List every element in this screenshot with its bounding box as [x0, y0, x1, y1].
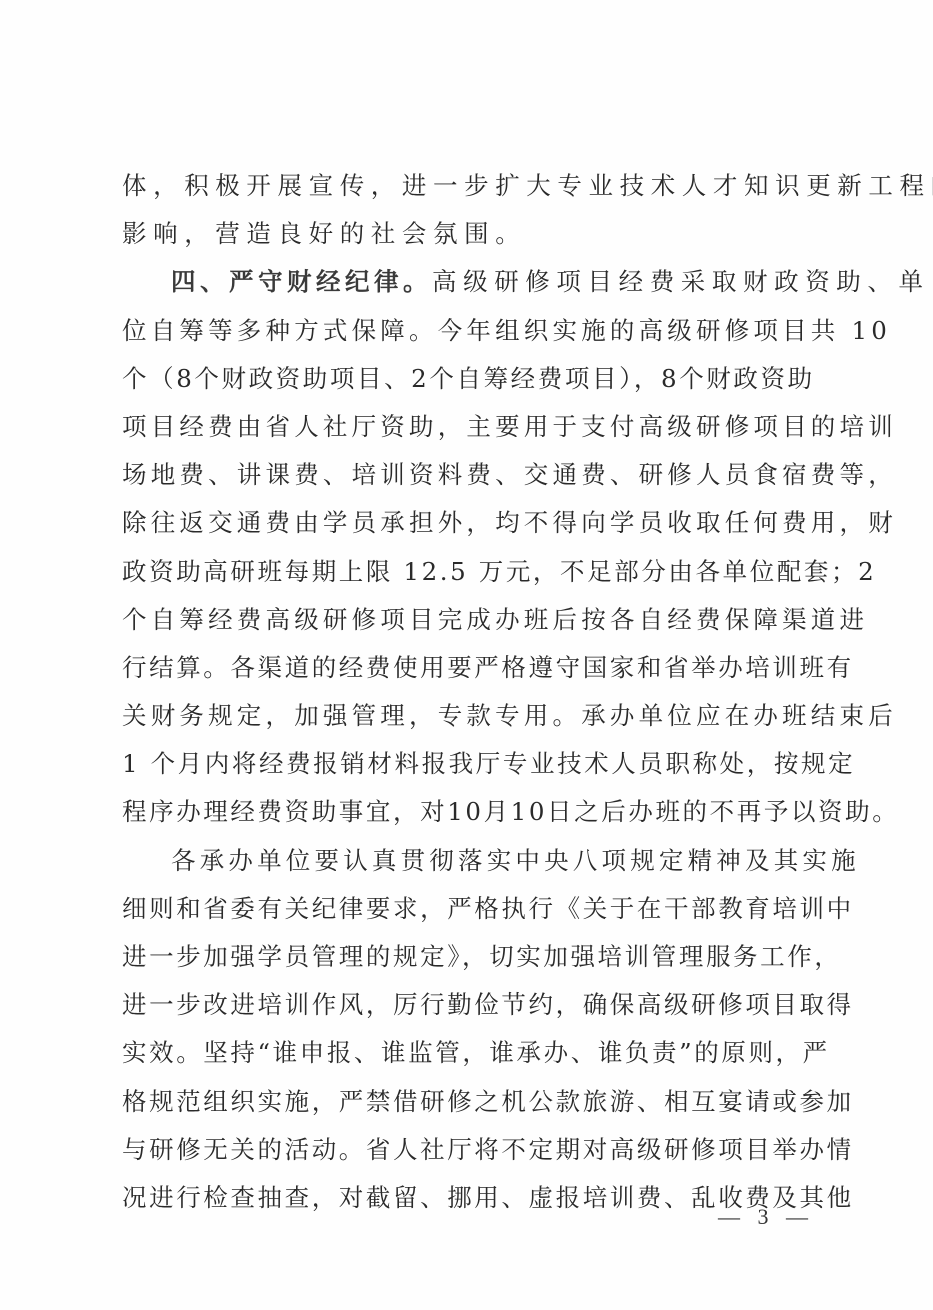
- text-line-16: 细则和省委有关纪律要求，严格执行《关于在干部教育培训中: [122, 889, 802, 937]
- text-line-1: 体，积极开展宣传，进一步扩大专业技术人才知识更新工程的: [122, 166, 802, 214]
- section-heading-four: 四、严守财经纪律。: [171, 267, 432, 296]
- paragraph-start-line: 各承办单位要认真贯彻落实中央八项规定精神及其实施: [122, 841, 802, 889]
- text-line-21: 与研修无关的活动。省人社厅将不定期对高级研修项目举办情: [122, 1130, 802, 1178]
- text-line-14: 程序办理经费资助事宜，对10月10日之后办班的不再予以资助。: [122, 792, 802, 840]
- section-four-heading-line: 四、严守财经纪律。高级研修项目经费采取财政资助、单: [122, 262, 802, 310]
- text-line-17: 进一步加强学员管理的规定》，切实加强培训管理服务工作，: [122, 937, 802, 985]
- text-line-6: 项目经费由省人社厅资助，主要用于支付高级研修项目的培训: [122, 407, 802, 455]
- text-line-2: 影响，营造良好的社会氛围。: [122, 214, 802, 262]
- text-line-4: 位自筹等多种方式保障。今年组织实施的高级研修项目共 10: [122, 311, 802, 359]
- document-body: 体，积极开展宣传，进一步扩大专业技术人才知识更新工程的 影响，营造良好的社会氛围…: [122, 166, 802, 1226]
- document-page: 体，积极开展宣传，进一步扩大专业技术人才知识更新工程的 影响，营造良好的社会氛围…: [0, 0, 933, 1310]
- text-line-22: 况进行检查抽查，对截留、挪用、虚报培训费、乱收费及其他: [122, 1178, 802, 1226]
- text-line-11: 行结算。各渠道的经费使用要严格遵守国家和省举办培训班有: [122, 648, 802, 696]
- section-four-text: 高级研修项目经费采取财政资助、单: [432, 267, 930, 296]
- text-line-20: 格规范组织实施，严禁借研修之机公款旅游、相互宴请或参加: [122, 1082, 802, 1130]
- text-line-7: 场地费、讲课费、培训资料费、交通费、研修人员食宿费等，: [122, 455, 802, 503]
- page-number: — 3 —: [718, 1204, 814, 1230]
- text-line-18: 进一步改进培训作风，厉行勤俭节约，确保高级研修项目取得: [122, 985, 802, 1033]
- text-line-8: 除往返交通费由学员承担外，均不得向学员收取任何费用，财: [122, 503, 802, 551]
- text-line-5: 个（8个财政资助项目、2个自筹经费项目），8个财政资助: [122, 359, 802, 407]
- text-line-13: 1 个月内将经费报销材料报我厅专业技术人员职称处，按规定: [122, 744, 802, 792]
- text-line-9: 政资助高研班每期上限 12.5 万元，不足部分由各单位配套；2: [122, 552, 802, 600]
- text-line-19: 实效。坚持“谁申报、谁监管，谁承办、谁负责”的原则，严: [122, 1033, 802, 1081]
- text-line-10: 个自筹经费高级研修项目完成办班后按各自经费保障渠道进: [122, 600, 802, 648]
- text-line-12: 关财务规定，加强管理，专款专用。承办单位应在办班结束后: [122, 696, 802, 744]
